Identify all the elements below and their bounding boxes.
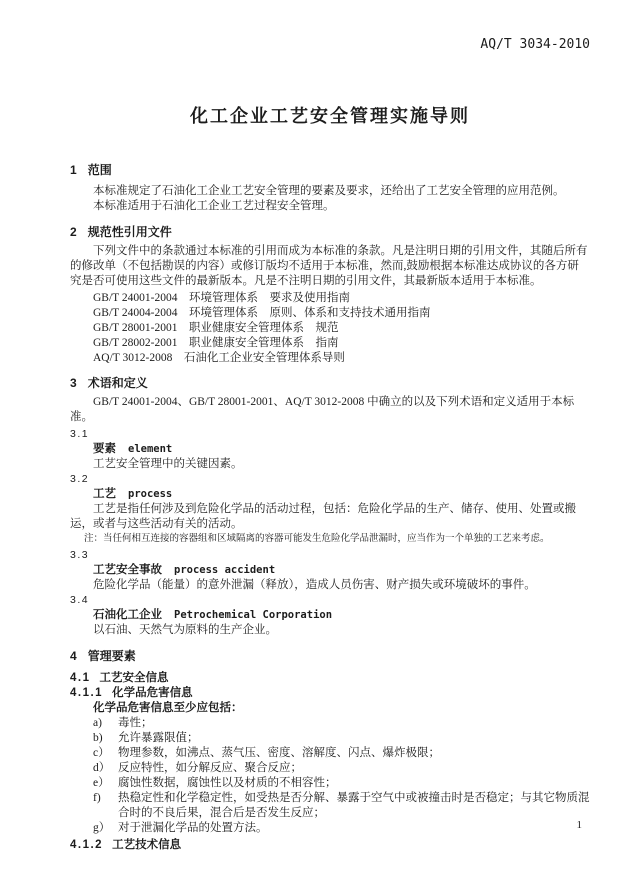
list-item: b)允许暴露限值； <box>70 731 590 746</box>
term-block-3-2: 3.2 工艺process 工艺是指任何涉及到危险化学品的活动过程，包括：危险化… <box>70 472 590 546</box>
list-item-text: 腐蚀性数据，腐蚀性以及材质的不相容性； <box>118 776 590 791</box>
reference-list: GB/T 24001-2004 环境管理体系 要求及使用指南 GB/T 2400… <box>70 291 590 366</box>
term-title: 工艺安全事故process accident <box>70 563 590 578</box>
term-block-3-4: 3.4 石油化工企业Petrochemical Corporation 以石油、… <box>70 593 590 638</box>
list-item: f)热稳定性和化学稳定性，如受热是否分解、暴露于空气中或被撞击时是否稳定；与其它… <box>70 791 590 821</box>
list-item-label: e） <box>93 776 118 791</box>
section-4-title: 管理要素 <box>88 649 136 663</box>
reference-item: GB/T 24001-2004 环境管理体系 要求及使用指南 <box>70 291 590 306</box>
page-number: 1 <box>577 818 583 833</box>
term-definition: 以石油、天然气为原料的生产企业。 <box>70 623 590 638</box>
term-title: 石油化工企业Petrochemical Corporation <box>70 608 590 623</box>
hazard-info-list: a)毒性； b)允许暴露限值； c）物理参数，如沸点、蒸气压、密度、溶解度、闪点… <box>70 716 590 836</box>
term-note: 注：当任何相互连接的容器组和区域隔离的容器可能发生危险化学品泄漏时，应当作为一个… <box>70 533 590 546</box>
subsection-4-1-title: 工艺安全信息 <box>100 672 169 684</box>
subsection-4-1-2-title: 工艺技术信息 <box>112 839 181 851</box>
list-item-text: 物理参数，如沸点、蒸气压、密度、溶解度、闪点、爆炸极限； <box>118 746 590 761</box>
subsection-4-1-number: 4.1 <box>70 672 91 684</box>
list-item-label: d） <box>93 761 118 776</box>
section-4-number: 4 <box>70 649 78 663</box>
section-3-title: 术语和定义 <box>88 376 148 390</box>
list-item-label: g） <box>93 821 118 836</box>
section-2-title: 规范性引用文件 <box>88 225 172 239</box>
section-4-heading: 4管理要素 <box>70 648 590 664</box>
list-item: d）反应特性，如分解反应、聚合反应； <box>70 761 590 776</box>
reference-item: GB/T 24004-2004 环境管理体系 原则、体系和支持技术通用指南 <box>70 306 590 321</box>
term-block-3-3: 3.3 工艺安全事故process accident 危险化学品（能量）的意外泄… <box>70 548 590 593</box>
term-name-zh: 工艺 <box>93 488 116 500</box>
term-title: 工艺process <box>70 487 590 502</box>
list-item-text: 允许暴露限值； <box>118 731 590 746</box>
list-item-text: 反应特性，如分解反应、聚合反应； <box>118 761 590 776</box>
list-item: c）物理参数，如沸点、蒸气压、密度、溶解度、闪点、爆炸极限； <box>70 746 590 761</box>
term-definition: 危险化学品（能量）的意外泄漏（释放），造成人员伤害、财产损失或环境破坏的事件。 <box>70 578 590 593</box>
section-1-number: 1 <box>70 163 78 177</box>
list-item: e）腐蚀性数据，腐蚀性以及材质的不相容性； <box>70 776 590 791</box>
subsection-4-1-1-title: 化学品危害信息 <box>112 687 193 699</box>
hazard-info-lead: 化学品危害信息至少应包括： <box>70 701 590 716</box>
list-item-label: f) <box>93 791 118 821</box>
term-title: 要素element <box>70 442 590 457</box>
term-number: 3.4 <box>70 593 590 608</box>
subsection-4-1-2-number: 4.1.2 <box>70 839 103 851</box>
page-title: 化工企业工艺安全管理实施导则 <box>70 104 590 128</box>
section-3-number: 3 <box>70 376 78 390</box>
reference-item: AQ/T 3012-2008 石油化工企业安全管理体系导则 <box>70 351 590 366</box>
list-item: a)毒性； <box>70 716 590 731</box>
section-3-heading: 3术语和定义 <box>70 375 590 391</box>
list-item-label: a) <box>93 716 118 731</box>
term-number: 3.1 <box>70 427 590 442</box>
doc-code: AQ/T 3034-2010 <box>70 38 590 52</box>
subsection-4-1-heading: 4.1工艺安全信息 <box>70 671 590 686</box>
section-1-paragraph-1: 本标准规定了石油化工企业工艺安全管理的要素及要求，还给出了工艺安全管理的应用范例… <box>70 184 590 199</box>
term-number: 3.2 <box>70 472 590 487</box>
term-name-en: process <box>128 488 172 500</box>
term-definition: 工艺安全管理中的关键因素。 <box>70 457 590 472</box>
section-2-intro: 下列文件中的条款通过本标准的引用而成为本标准的条款。凡是注明日期的引用文件，其随… <box>70 244 590 289</box>
term-number: 3.3 <box>70 548 590 563</box>
term-name-en: process accident <box>174 564 275 576</box>
subsection-4-1-1-number: 4.1.1 <box>70 687 103 699</box>
reference-item: GB/T 28001-2001 职业健康安全管理体系 规范 <box>70 321 590 336</box>
list-item-text: 对于泄漏化学品的处置方法。 <box>118 821 590 836</box>
section-3-intro: GB/T 24001-2004、GB/T 28001-2001、AQ/T 301… <box>70 395 590 425</box>
term-name-en: Petrochemical Corporation <box>174 609 332 621</box>
page-content: AQ/T 3034-2010 化工企业工艺安全管理实施导则 1范围 本标准规定了… <box>70 0 590 853</box>
term-name-zh: 要素 <box>93 443 116 455</box>
subsection-4-1-2-heading: 4.1.2工艺技术信息 <box>70 838 590 853</box>
term-block-3-1: 3.1 要素element 工艺安全管理中的关键因素。 <box>70 427 590 472</box>
list-item-text: 热稳定性和化学稳定性，如受热是否分解、暴露于空气中或被撞击时是否稳定；与其它物质… <box>118 791 590 821</box>
section-2-number: 2 <box>70 225 78 239</box>
term-definition: 工艺是指任何涉及到危险化学品的活动过程，包括：危险化学品的生产、储存、使用、处置… <box>70 502 590 532</box>
section-1-heading: 1范围 <box>70 162 590 178</box>
term-name-en: element <box>128 443 172 455</box>
list-item-text: 毒性； <box>118 716 590 731</box>
term-name-zh: 石油化工企业 <box>93 609 162 621</box>
section-1-paragraph-2: 本标准适用于石油化工企业工艺过程安全管理。 <box>70 199 590 214</box>
term-name-zh: 工艺安全事故 <box>93 564 162 576</box>
list-item: g）对于泄漏化学品的处置方法。 <box>70 821 590 836</box>
document-page: AQ/T 3034-2010 化工企业工艺安全管理实施导则 1范围 本标准规定了… <box>0 0 638 873</box>
list-item-label: c） <box>93 746 118 761</box>
section-2-heading: 2规范性引用文件 <box>70 224 590 240</box>
reference-item: GB/T 28002-2001 职业健康安全管理体系 指南 <box>70 336 590 351</box>
section-1-title: 范围 <box>88 163 112 177</box>
list-item-label: b) <box>93 731 118 746</box>
subsection-4-1-1-heading: 4.1.1化学品危害信息 <box>70 686 590 701</box>
